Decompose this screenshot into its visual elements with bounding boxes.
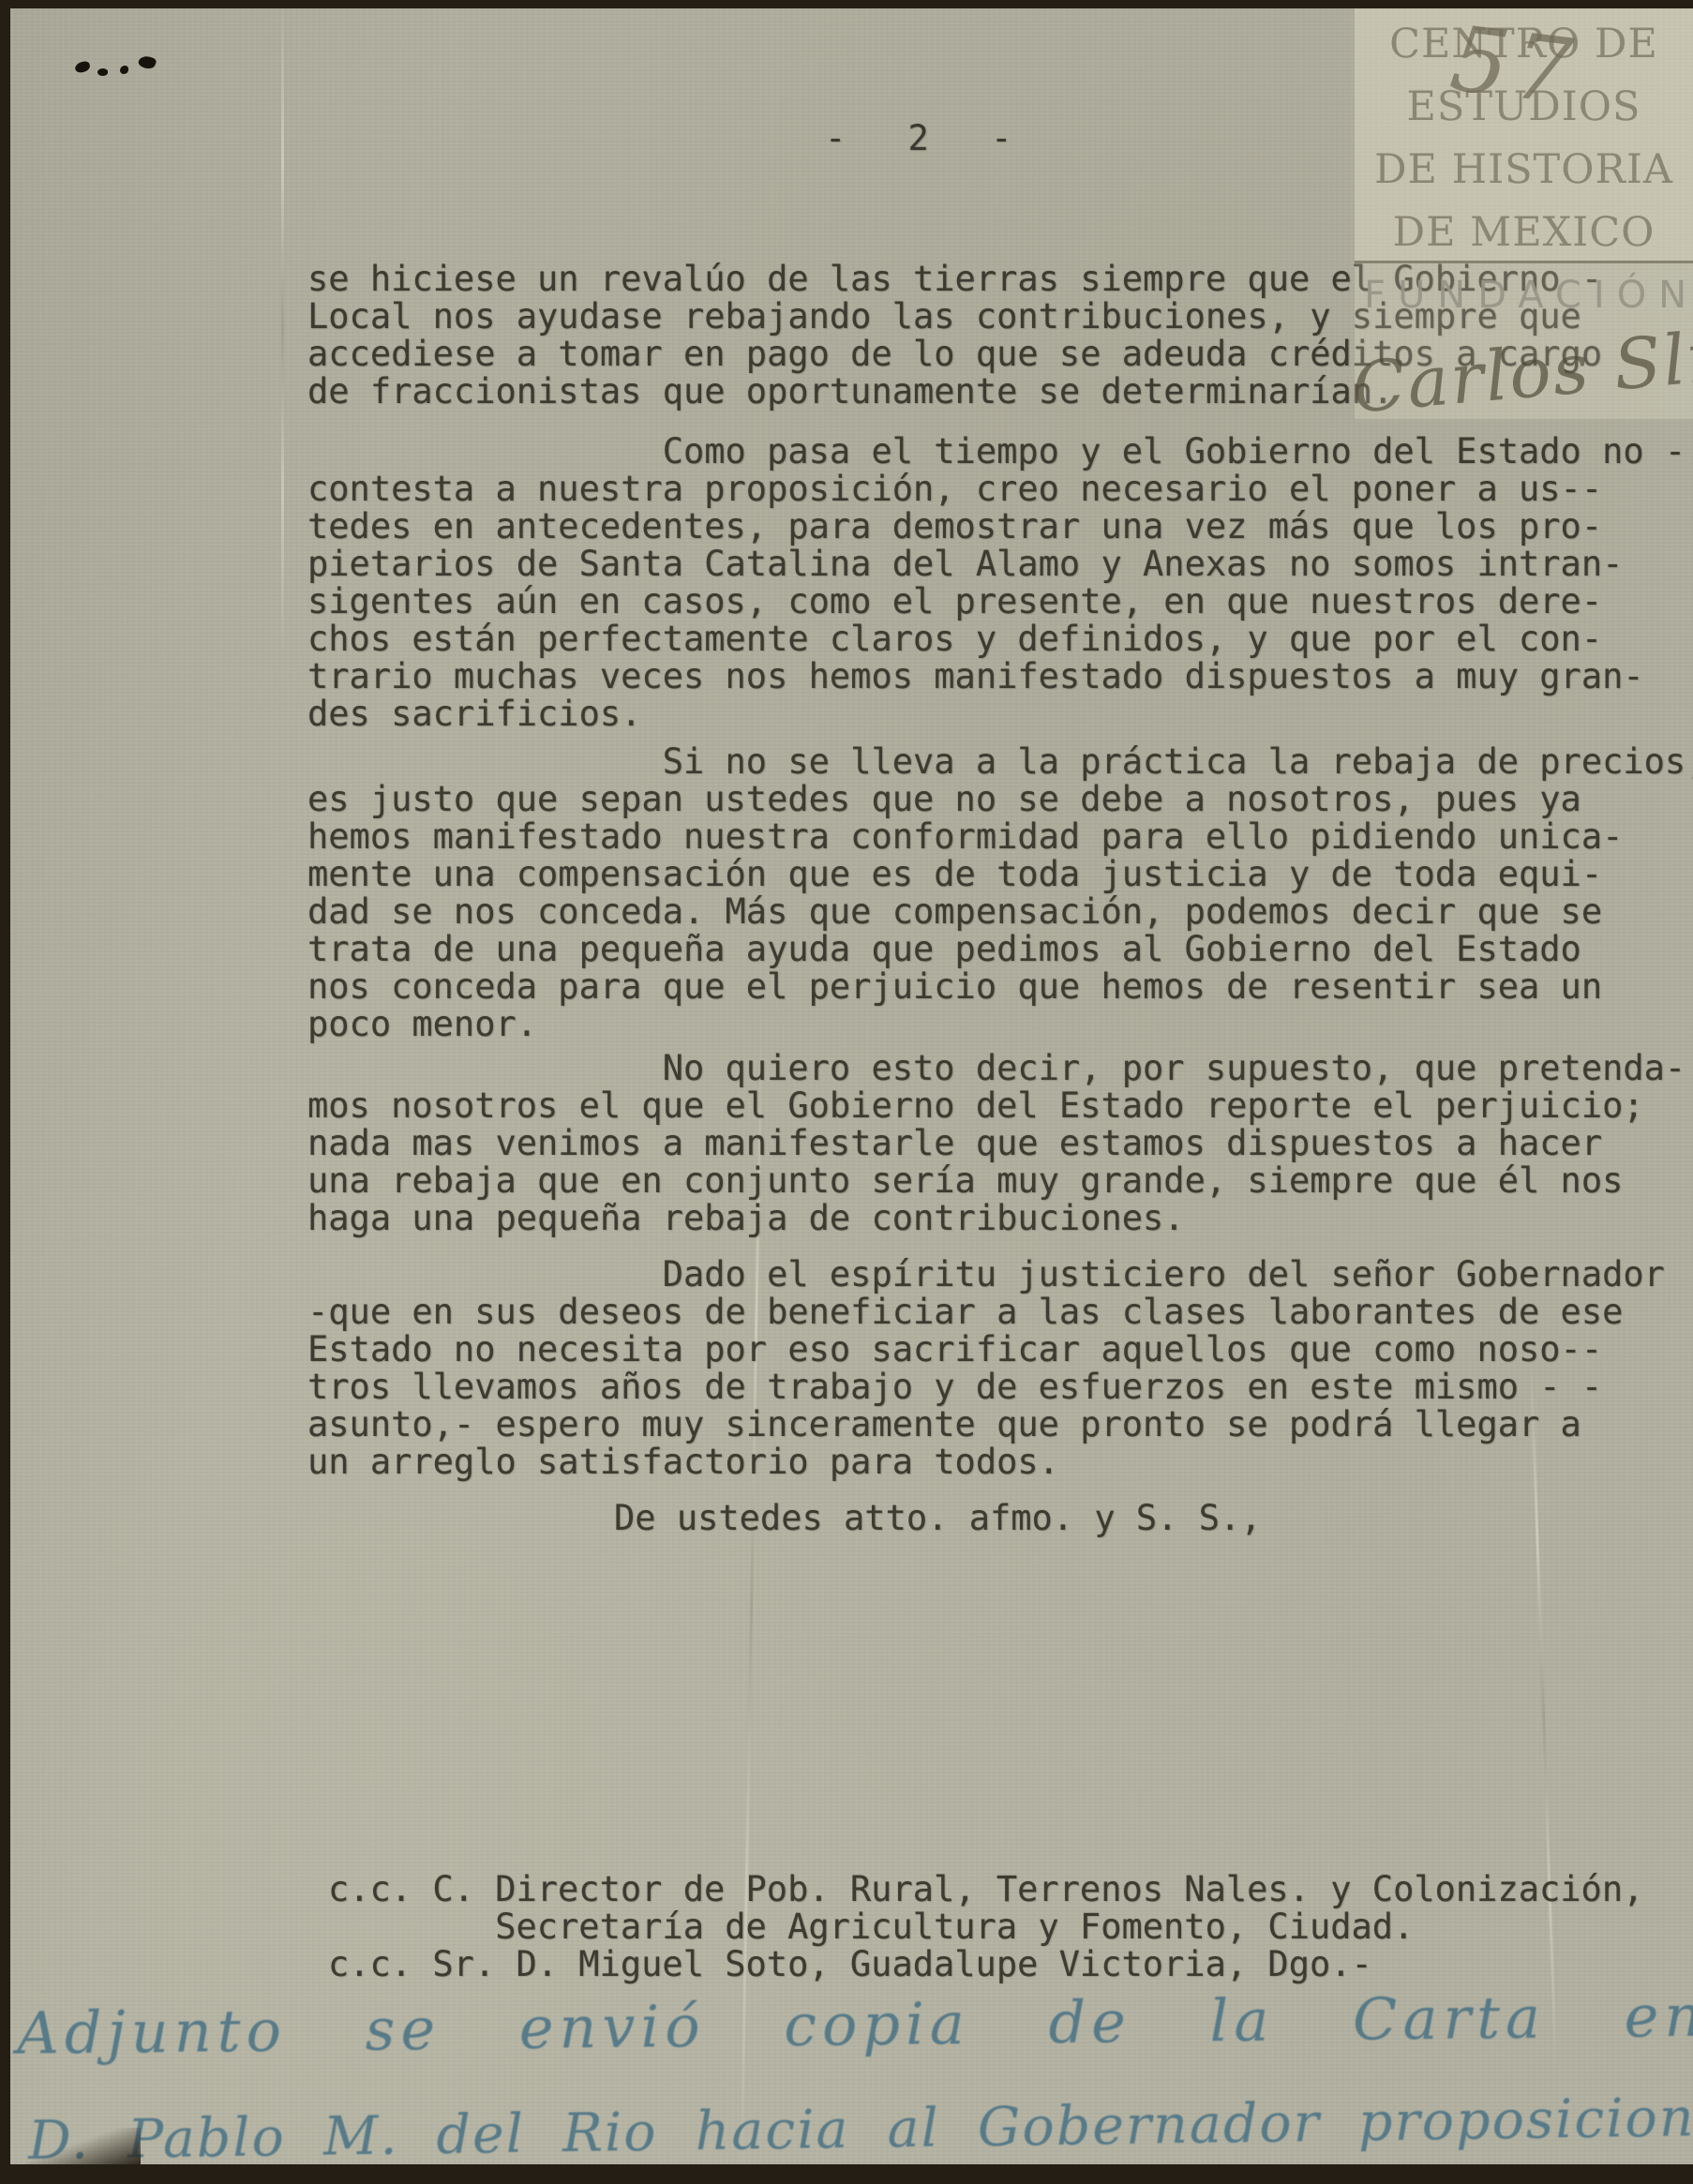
ink-speck: [120, 66, 128, 74]
handwritten-note-line-2: D. Pablo M. del Rio hacia al Gobernador …: [28, 2086, 1693, 2172]
scanned-letter-page: - 2 - se hiciese un revalúo de las tierr…: [0, 0, 1693, 2184]
cc-block: c.c. C. Director de Pob. Rural, Terrenos…: [328, 1871, 1643, 1983]
ink-speck: [137, 53, 157, 70]
page-number: - 2 -: [825, 120, 1013, 157]
scan-edge-top: [0, 0, 1693, 8]
handwritten-note-line-1: Adjunto se envió copia de la Carta en qu…: [17, 1979, 1693, 2067]
typed-paragraph-3: Si no se lleva a la práctica la rebaja d…: [307, 743, 1693, 1043]
scan-edge-bottom: [0, 2164, 1693, 2184]
scan-edge-left: [0, 0, 10, 2184]
typed-paragraph-4: No quiero esto decir, por supuesto, que …: [307, 1050, 1686, 1237]
watermark-text-line: DE MEXICO: [1355, 202, 1693, 264]
ink-speck: [74, 60, 91, 73]
watermark-foundation-label: FUNDACIÓN: [1364, 274, 1693, 317]
typed-paragraph-2: Como pasa el tiempo y el Gobierno del Es…: [307, 433, 1686, 733]
paper-crease: [281, 0, 284, 656]
closing-line: De ustedes atto. afmo. y S. S.,: [614, 1500, 1262, 1537]
typed-paragraph-5: Dado el espíritu justiciero del señor Go…: [307, 1256, 1665, 1481]
pencil-folio-number: 57: [1446, 6, 1583, 126]
watermark-text-line: DE HISTORIA: [1355, 139, 1693, 202]
ink-speck: [97, 67, 108, 76]
